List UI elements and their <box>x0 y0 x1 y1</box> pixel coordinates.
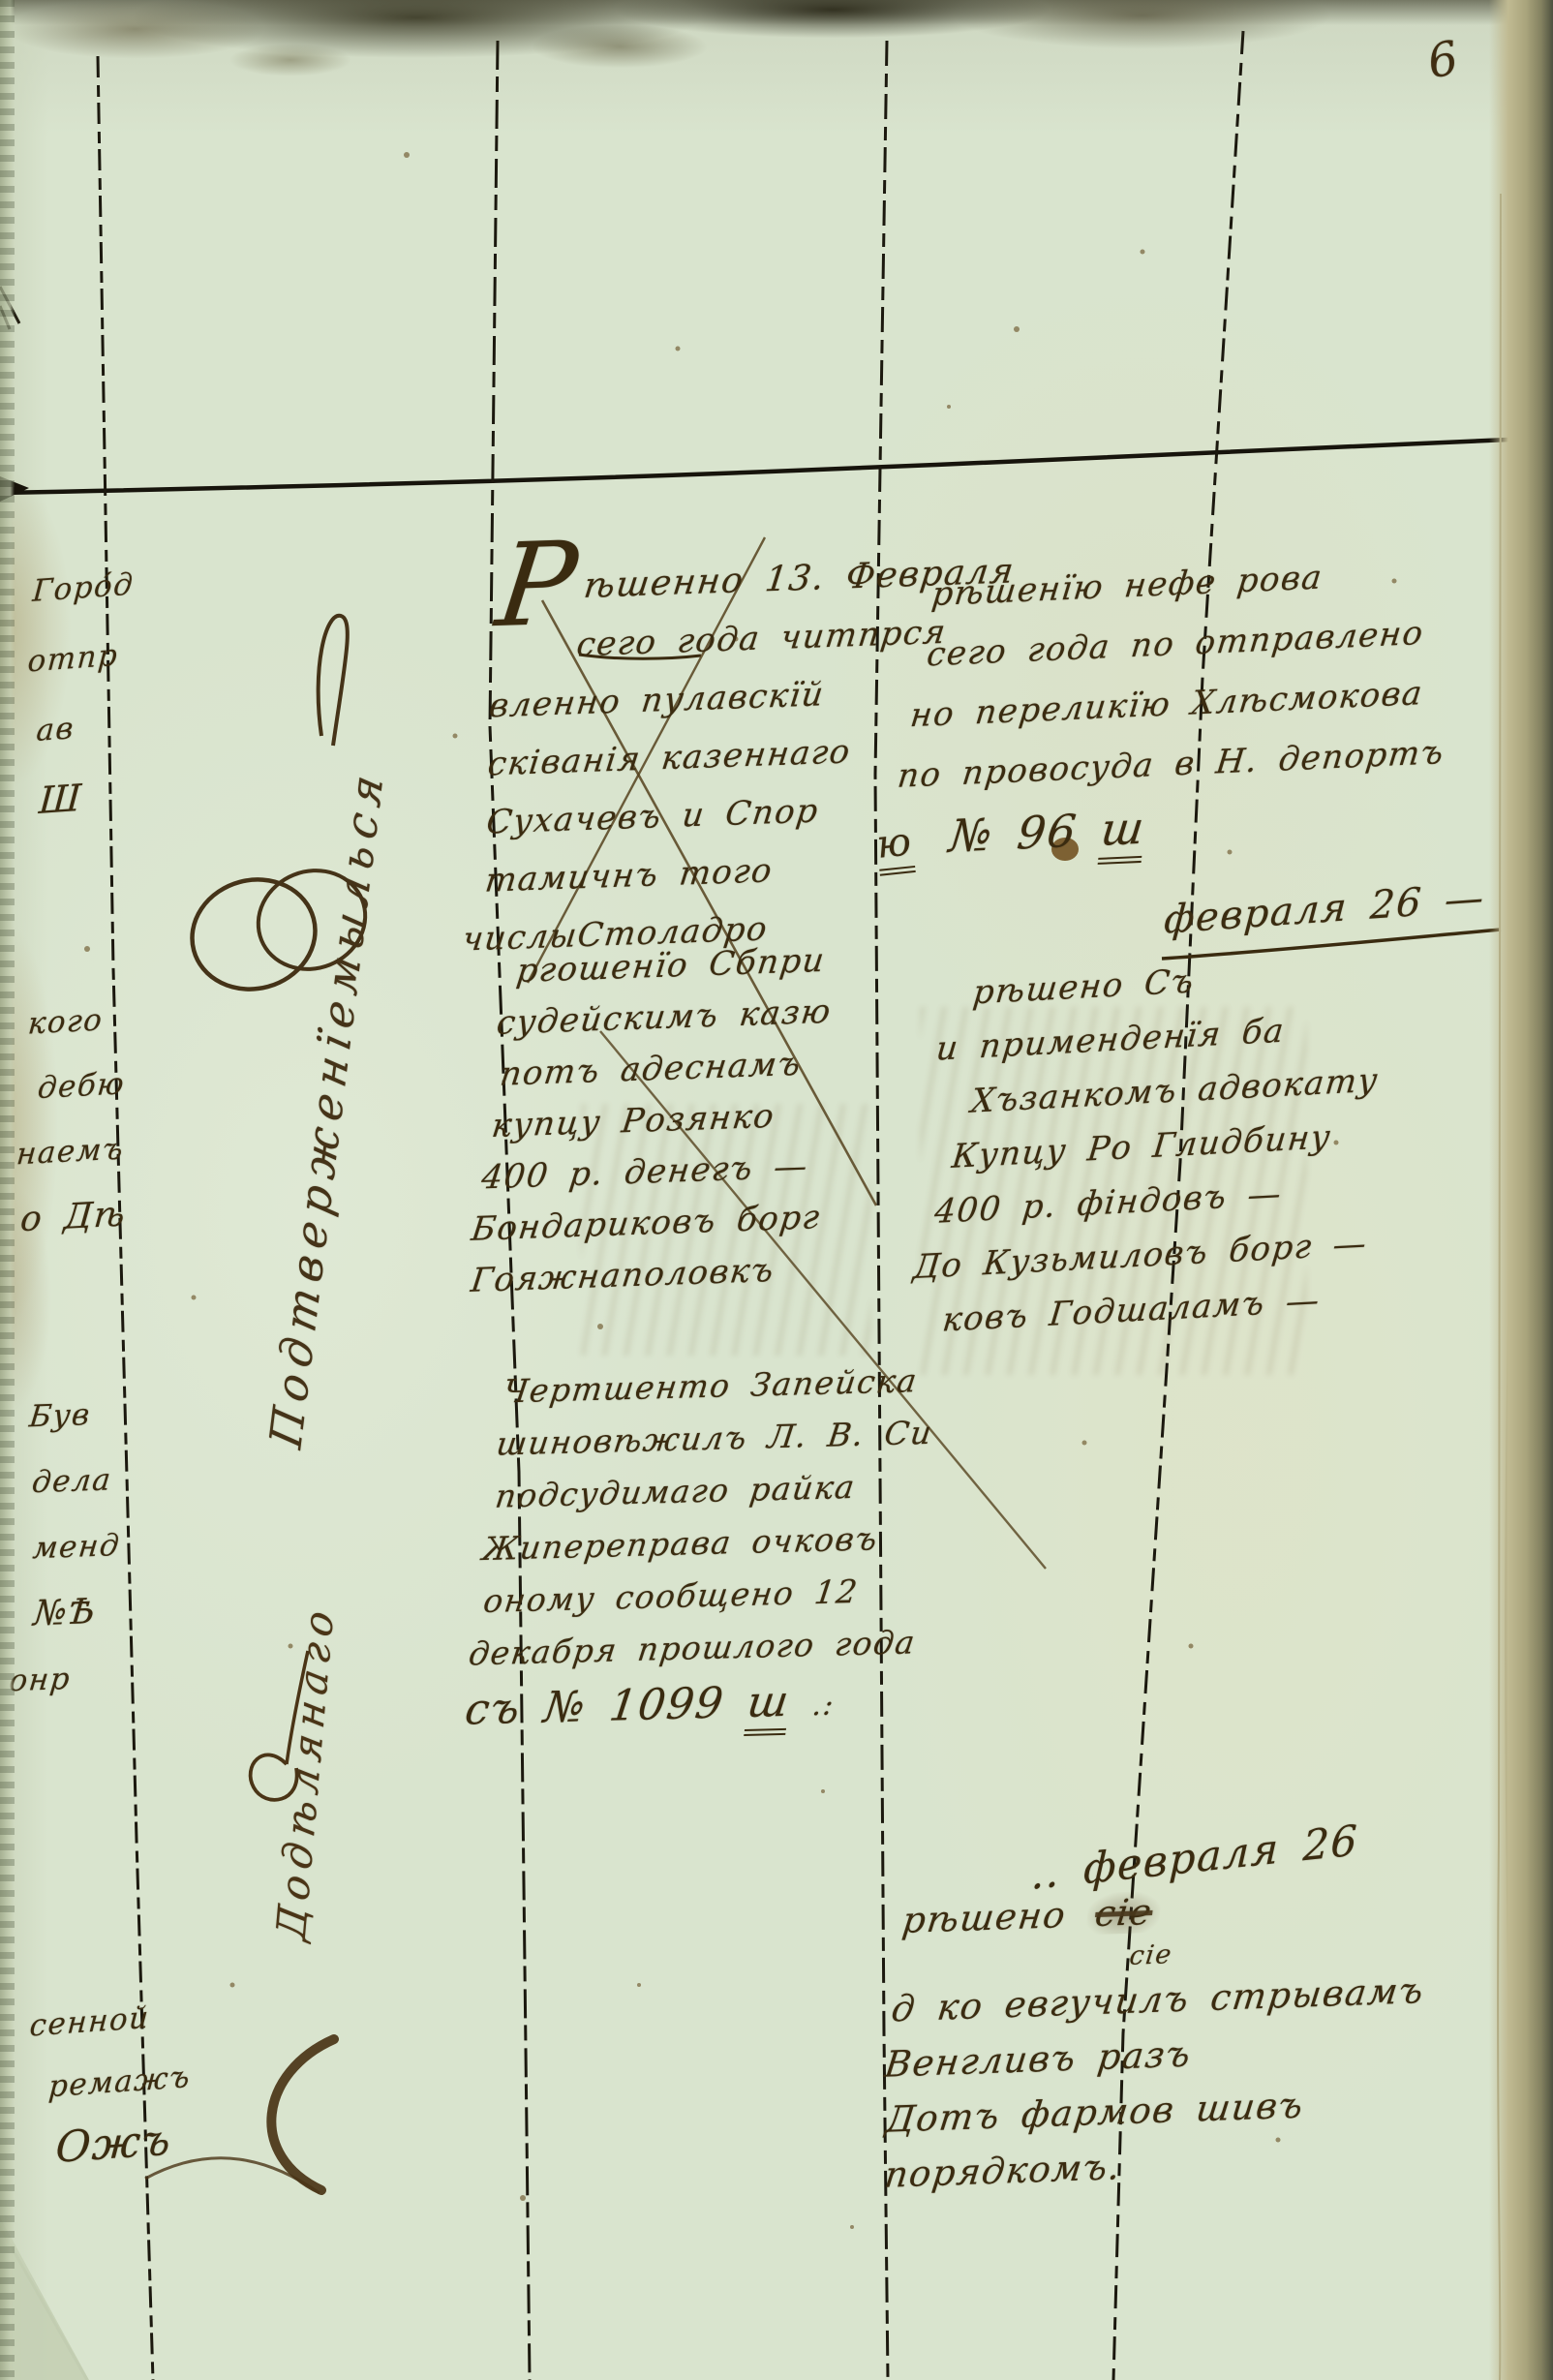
page-edge-streaks <box>1498 0 1549 2380</box>
reference-number: съ № 1099 <box>462 1678 727 1734</box>
reference-tail: .: <box>810 1689 837 1724</box>
margin-note-4: сенной ремажъ Ожъ <box>18 1983 197 2182</box>
swash-initial: Р <box>494 542 582 626</box>
entry-right-1: рѣшенїю нефе рова сего года по отправлен… <box>893 541 1468 869</box>
header-rule-arrowhead <box>0 476 29 502</box>
margin-note-line: Горо́д <box>30 549 137 626</box>
corner-fold <box>0 2217 89 2380</box>
margin-note-line: дебю <box>35 1051 140 1121</box>
entry-right-2: рѣшено Съ и применденїя ба Хъзанкомъ адв… <box>905 943 1399 1349</box>
struck-word: сіе <box>1085 1891 1163 1936</box>
margin-note-line: Ш <box>37 760 122 836</box>
manuscript-page: 6 Горо́д отпр ав Ш кого дебю наемъ о Дѣ … <box>0 0 1553 2380</box>
reference-suffix: ш <box>1097 802 1147 865</box>
entry-left-1: Рѣшенно 13. Февраля сего года читпрся вл… <box>457 545 933 968</box>
margin-note-line: онр <box>6 1645 109 1715</box>
entry-line: рѣшено <box>900 1894 1069 1941</box>
entry-right-3: рѣшено сіе сіе д ко евгучилъ стрывамъ Ве… <box>868 1875 1438 2204</box>
column-rule-3 <box>875 41 888 2380</box>
margin-note-1: Горо́д отпр ав Ш <box>15 549 137 837</box>
margin-note-line: наемъ <box>14 1116 135 1188</box>
margin-note-line: кого <box>25 986 146 1057</box>
margin-note-line: ремажъ <box>46 2046 193 2119</box>
margin-note-line: №Ѣ <box>30 1578 116 1647</box>
entry-left-2: ргошенїо Сбпри судейскимъ казю потъ адес… <box>462 934 855 1307</box>
corner-strokes <box>0 287 19 329</box>
margin-note-line: Ожъ <box>53 2108 188 2180</box>
margin-note-line: отпр <box>25 620 132 697</box>
reference-suffix: ш <box>744 1677 793 1736</box>
margin-note-line: дела <box>29 1447 131 1516</box>
header-rule <box>0 438 1553 493</box>
margin-note-line: о Дѣ <box>17 1181 129 1252</box>
reference-number: № 96 <box>947 805 1081 863</box>
entry-left-3: Чертшенто Запейска шиновѣжилъ Л. В. Си п… <box>458 1354 954 1742</box>
entry-line: декабря прошлого года <box>466 1616 919 1680</box>
margin-note-line: ав <box>34 689 127 766</box>
margin-note-2: кого дебю наемъ о Дѣ <box>8 986 146 1253</box>
margin-note-line: Був <box>26 1380 137 1449</box>
margin-note-line: менд <box>29 1512 123 1581</box>
